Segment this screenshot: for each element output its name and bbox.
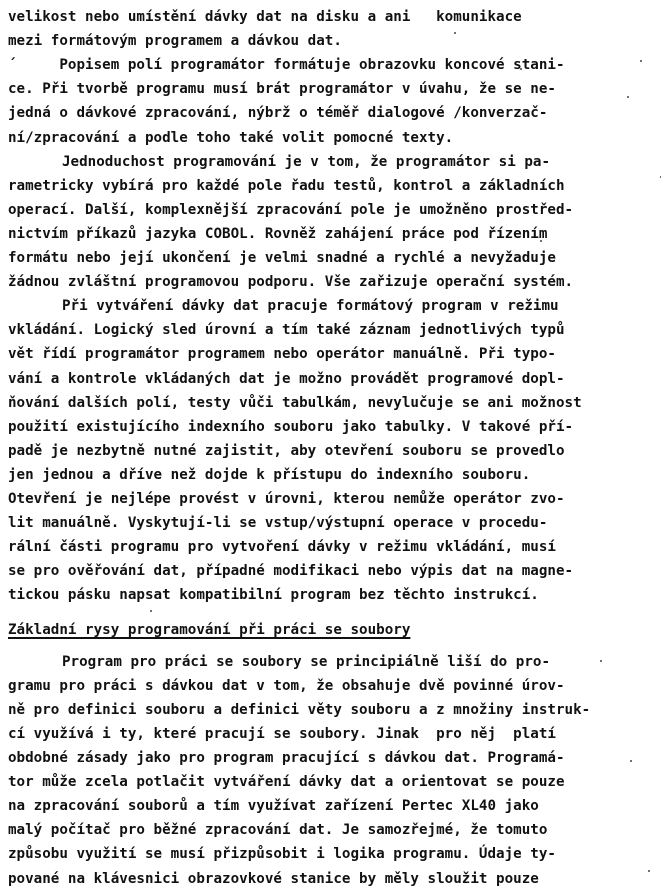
text-line: gramu pro práci s dávkou dat v tom, že o… [8,675,565,697]
scan-speck [150,610,152,612]
text-line: padě je nezbytně nutné zajistit, aby ote… [8,440,565,462]
text-line: Při vytváření dávky dat pracuje formátov… [62,295,559,317]
scan-speck [640,60,642,62]
text-line: vět řídí programátor programem nebo oper… [8,343,556,365]
scan-speck [648,870,650,872]
text-line: obdobné zásady jako pro program pracujíc… [8,747,565,769]
text-line: velikost nebo umístění dávky dat na disk… [8,6,522,28]
scan-speck [454,32,456,34]
text-line: ní/zpracování a podle toho také volit po… [8,127,453,149]
section-heading: Základní rysy programování při práci se … [8,619,410,641]
text-line: lit manuálně. Vyskytují-li se vstup/výst… [8,512,547,534]
text-line: žádnou zvláštní programovou podporu. Vše… [8,271,573,293]
scan-speck [520,68,522,70]
text-line: cí využívá i ty, které pracují se soubor… [8,723,556,745]
text-line: se pro ověřování dat, případné modifikac… [8,560,573,582]
scan-speck [630,760,632,762]
text-line: operací. Další, komplexnější zpracování … [8,199,573,221]
scan-speck [627,96,629,98]
text-line: ´ Popisem polí programátor formátuje obr… [8,54,565,76]
scan-speck [540,240,542,242]
text-line: Jednoduchost programování je v tom, že p… [62,151,550,173]
text-line: tickou pásku napsat kompatibilní program… [8,584,539,606]
text-line: rametricky vybírá pro každé pole řadu te… [8,175,565,197]
text-line: na zpracování souborů a tím využívat zař… [8,795,539,817]
text-line: ně pro definici souboru a definici věty … [8,699,590,721]
text-line: tor může zcela potlačit vytváření dávky … [8,771,565,793]
text-line: vkládání. Logický sled úrovní a tím také… [8,319,565,341]
text-line: Otevření je nejlépe provést v úrovni, kt… [8,488,565,510]
text-line: nictvím příkazů jazyka COBOL. Rovněž zah… [8,223,547,245]
text-line: ňování dalších polí, testy vůči tabulkám… [8,392,582,414]
text-line: jen jednou a dříve než dojde k přístupu … [8,464,530,486]
scanned-document-page: velikost nebo umístění dávky dat na disk… [0,0,661,896]
text-line: vání a kontrole vkládaných dat je možno … [8,368,565,390]
text-line: mezi formátovým programem a dávkou dat. [8,30,342,52]
text-line: jedná o dávkové zpracování, nýbrž o témě… [8,102,547,124]
text-line: způsobu využití se musí přizpůsobit i lo… [8,843,556,865]
scan-speck [600,660,602,662]
text-line: ce. Při tvorbě programu musí brát progra… [8,78,556,100]
text-line: použití existujícího indexního souboru j… [8,416,573,438]
text-line: pované na klávesnici obrazovkové stanice… [8,868,539,890]
text-line: rální části programu pro vytvoření dávky… [8,536,556,558]
text-line: formátu nebo její ukončení je velmi snad… [8,247,556,269]
text-line: Program pro práci se soubory se principi… [62,651,550,673]
text-line: malý počítač pro běžné zpracování dat. J… [8,819,547,841]
